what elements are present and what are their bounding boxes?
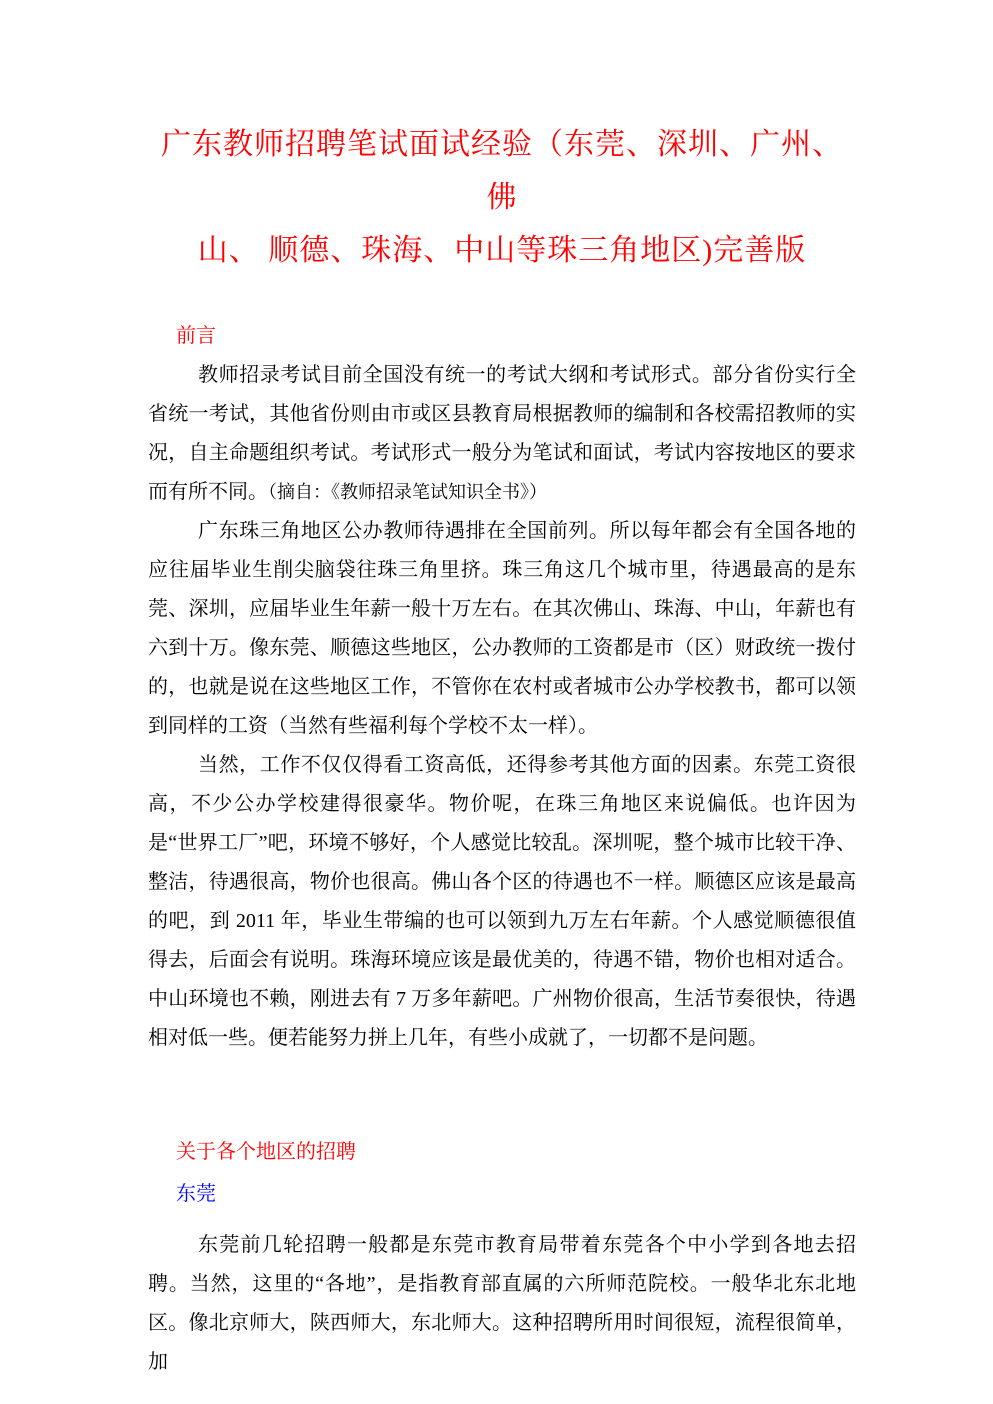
dongguan-paragraph: 东莞前几轮招聘一般都是东莞市教育局带着东莞各个中小学到各地去招聘。当然，这里的“… bbox=[148, 1226, 856, 1382]
document-page: 广东教师招聘笔试面试经验（东莞、深圳、广州、佛 山、 顺德、珠海、中山等珠三角地… bbox=[0, 0, 993, 1404]
preface-paragraph-1-citation: （摘自：《教师招录笔试知识全书》） bbox=[268, 482, 547, 502]
document-title-line2: 山、 顺德、珠海、中山等珠三角地区)完善版 bbox=[198, 234, 807, 267]
regions-heading: 关于各个地区的招聘 bbox=[176, 1132, 856, 1172]
section-spacer bbox=[148, 1058, 856, 1132]
preface-heading: 前言 bbox=[176, 316, 856, 356]
preface-paragraph-3: 当然，工作不仅仅得看工资高低，还得参考其他方面的因素。东莞工资很高，不少公办学校… bbox=[148, 746, 856, 1058]
document-title-line1: 广东教师招聘笔试面试经验（东莞、深圳、广州、佛 bbox=[161, 128, 843, 214]
document-title: 广东教师招聘笔试面试经验（东莞、深圳、广州、佛 山、 顺德、珠海、中山等珠三角地… bbox=[148, 118, 856, 277]
preface-paragraph-2: 广东珠三角地区公办教师待遇排在全国前列。所以每年都会有全国各地的应往届毕业生削尖… bbox=[148, 512, 856, 746]
preface-paragraph-1: 教师招录考试目前全国没有统一的考试大纲和考试形式。部分省份实行全省统一考试，其他… bbox=[148, 356, 856, 512]
dongguan-heading: 东莞 bbox=[176, 1174, 856, 1214]
